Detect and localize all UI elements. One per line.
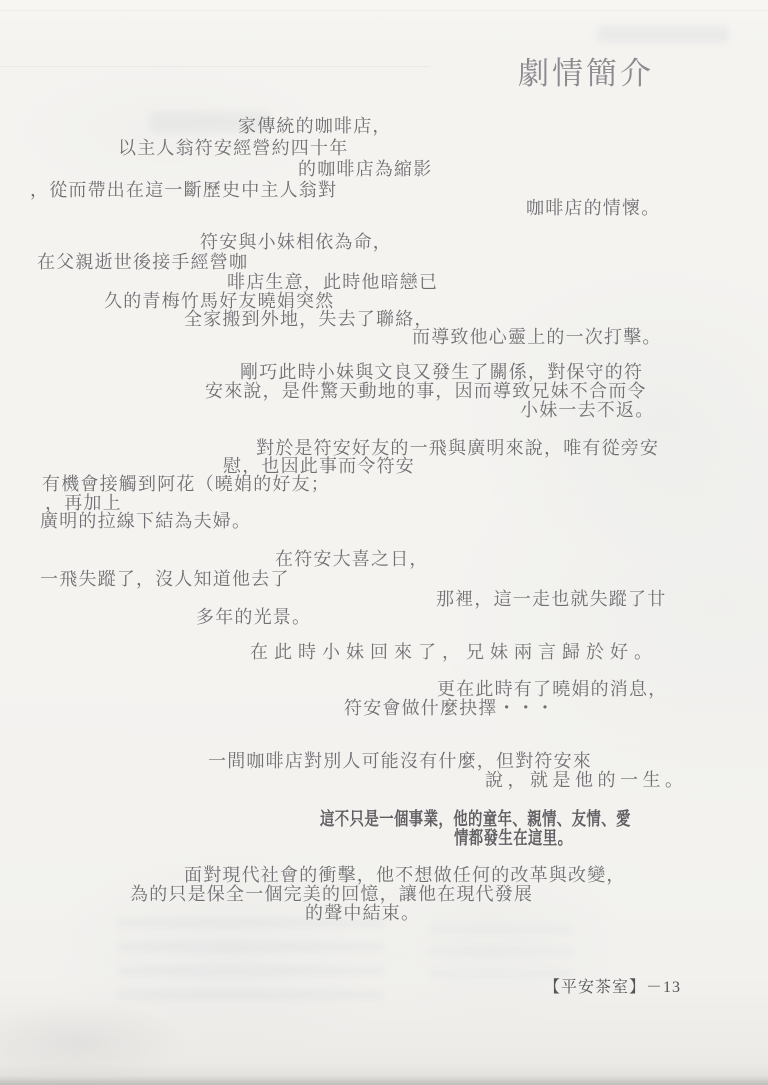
synopsis-line: 在此時小妹回來了，兄妹兩言歸於好。: [250, 638, 658, 664]
synopsis-line: 全家搬到外地，失去了聯絡，: [184, 305, 434, 331]
synopsis-line: 說，就是他的一生。: [485, 766, 688, 792]
synopsis-line: 那裡，這一走也就失蹤了廿: [436, 585, 666, 611]
scan-crease: [0, 10, 768, 11]
synopsis-line: 小妹一去不返。: [520, 396, 654, 422]
page-edge-shadow: [0, 1076, 768, 1085]
synopsis-line: 咖啡店的情懷。: [526, 194, 660, 220]
synopsis-line: ，從而帶出在這一斷歷史中主人翁對: [30, 176, 337, 202]
page-title: 劇情簡介: [518, 48, 654, 93]
synopsis-line: 在符安大喜之日，: [275, 545, 429, 571]
synopsis-line: 情都發生在這里。: [454, 824, 572, 850]
synopsis-line: 在父親逝世後接手經營咖: [37, 248, 248, 274]
scan-crease: [0, 66, 430, 67]
synopsis-line: 一飛失蹤了，沒人知道他去了: [40, 565, 290, 591]
synopsis-line: 廣明的拉線下結為夫婦。: [40, 507, 251, 533]
page-footer: 【平安茶室】－13: [544, 974, 681, 997]
bleed-through-artifact: [598, 26, 728, 42]
synopsis-line: 符安會做什麼抉擇・・・: [344, 694, 555, 720]
synopsis-line: 而導致他心靈上的一次打擊。: [412, 323, 662, 349]
synopsis-line: 多年的光景。: [196, 603, 311, 629]
bleed-through-artifact: [118, 918, 383, 1003]
scanned-page: 劇情簡介 家傳統的咖啡店，以主人翁符安經營約四十年的咖啡店為縮影，從而帶出在這一…: [0, 0, 768, 1085]
synopsis-line: 的聲中結束。: [305, 899, 420, 925]
